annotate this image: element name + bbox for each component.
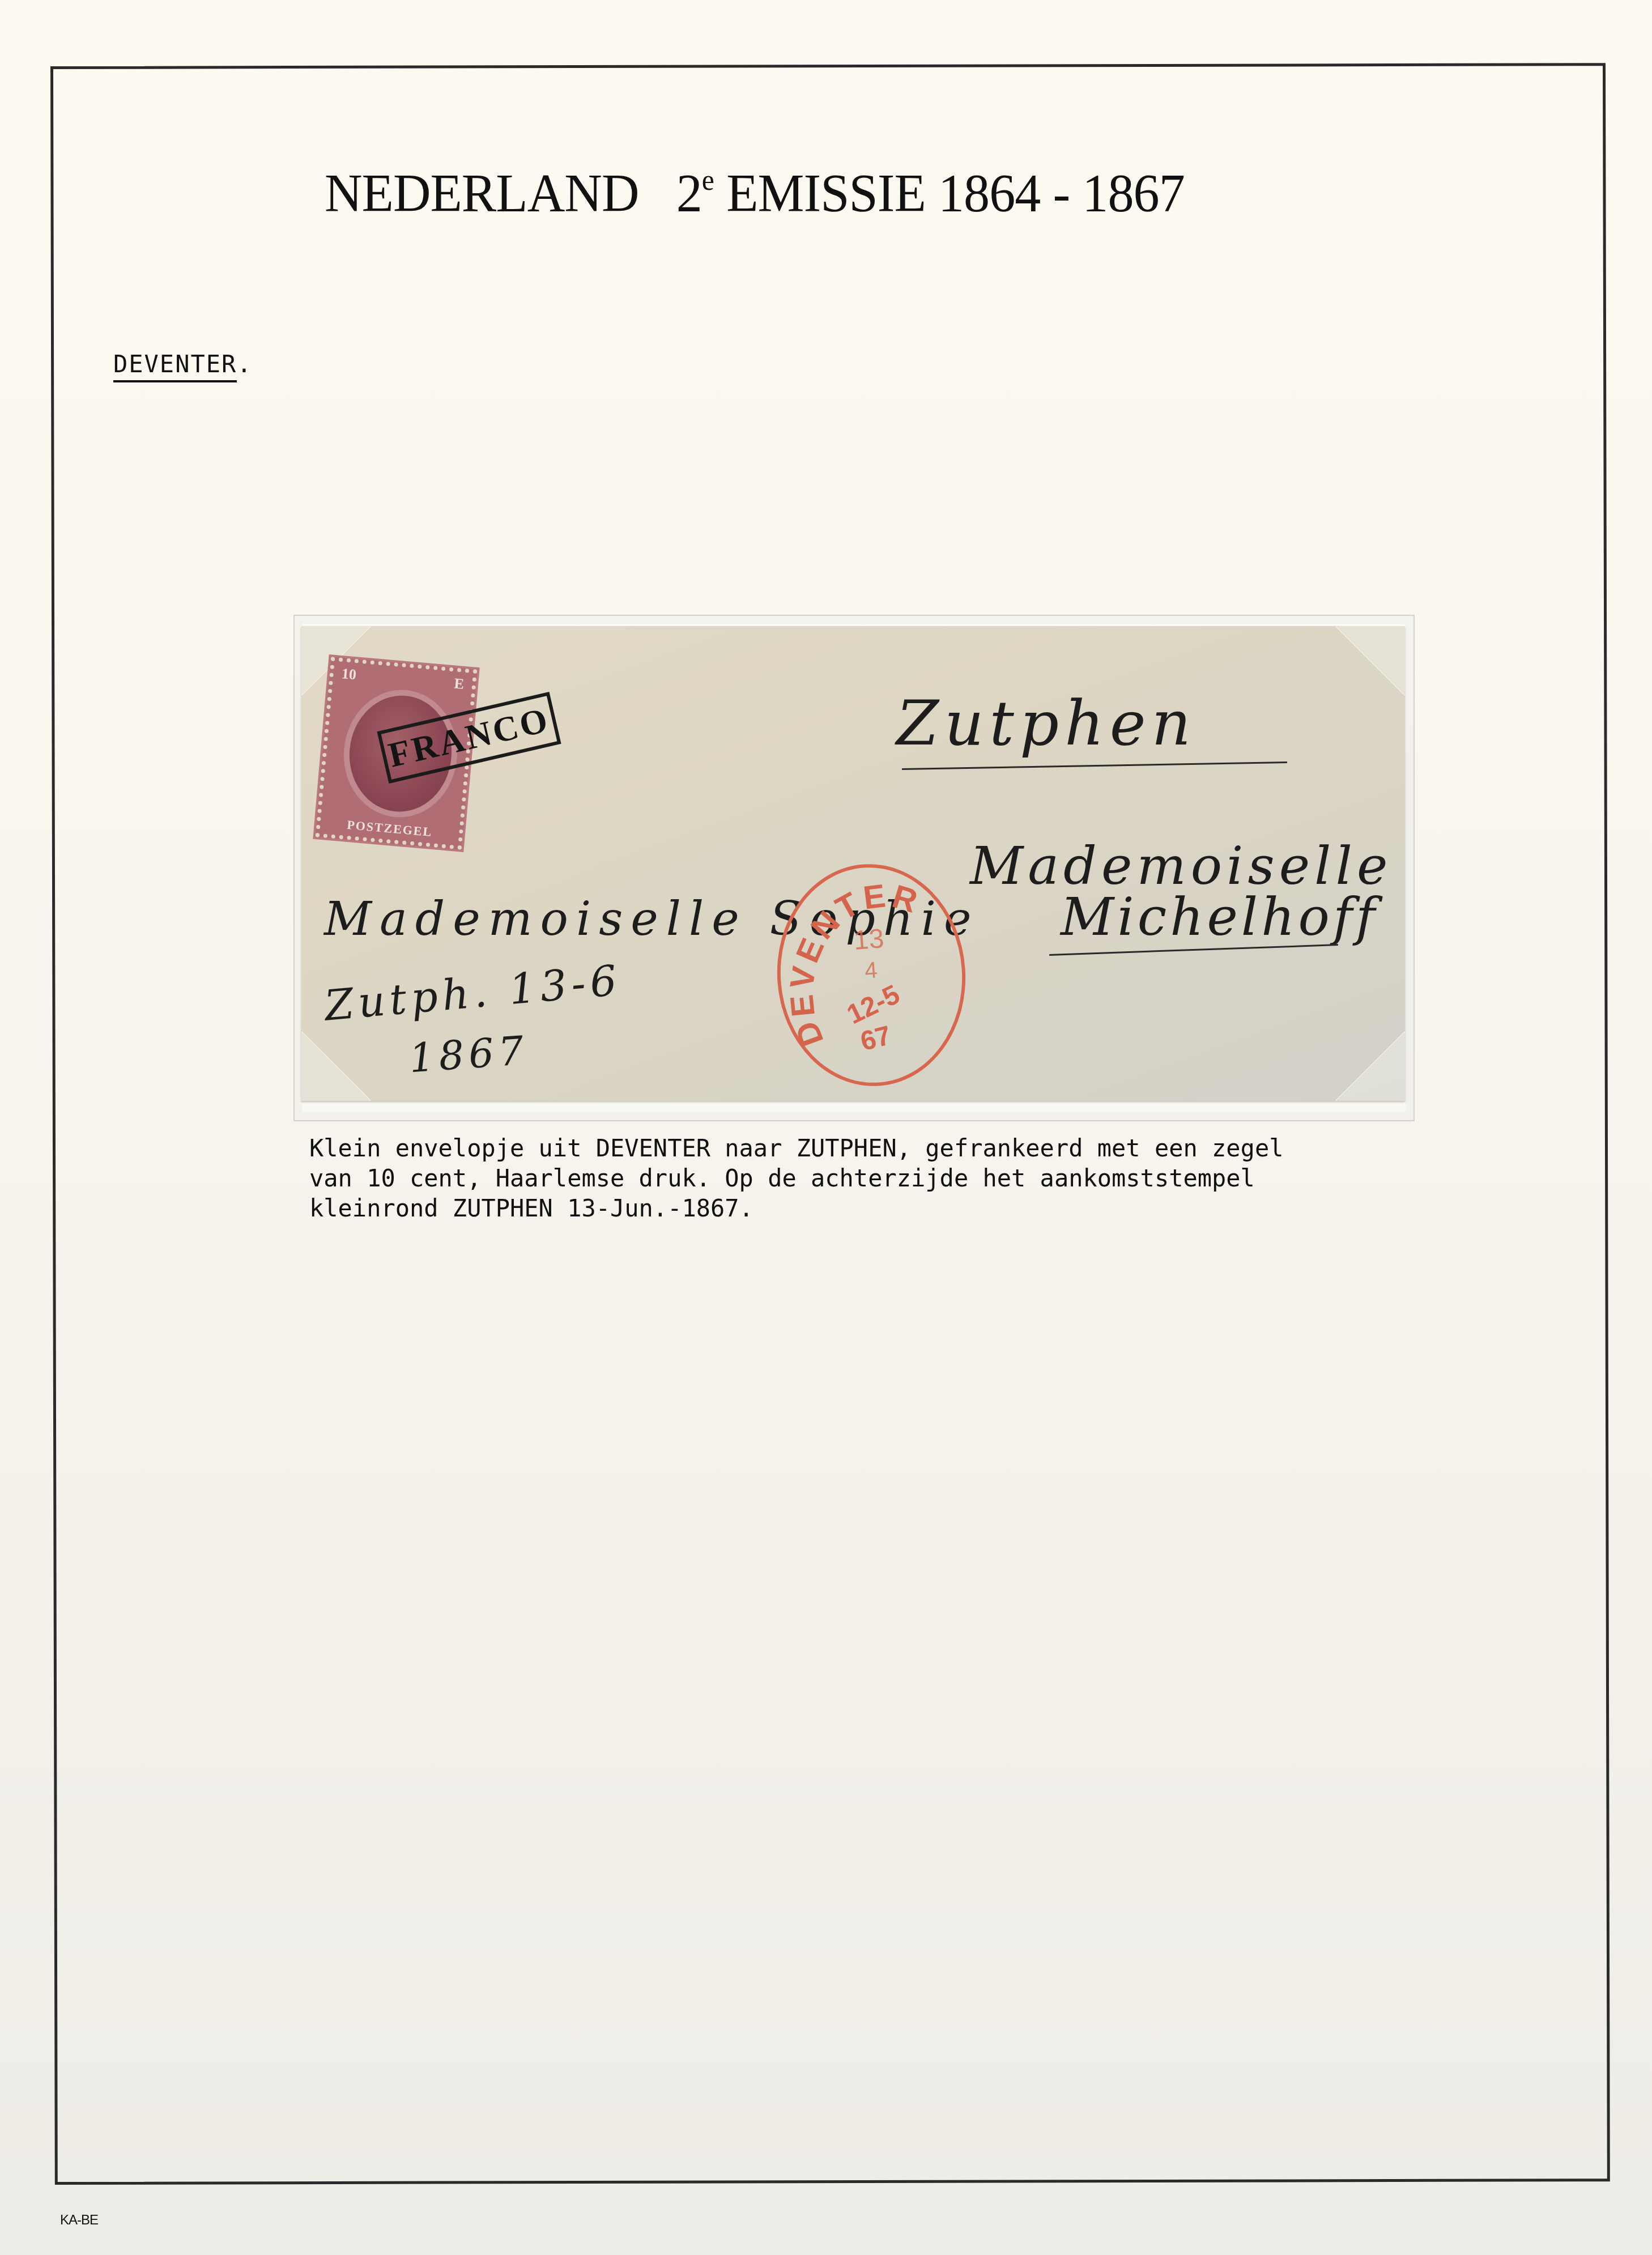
- stamp-value: 10: [341, 665, 357, 683]
- handwritten-docket-date: Zutph. 13-6: [322, 956, 623, 1030]
- page-title: NEDERLAND 2e EMISSIE 1864 - 1867: [325, 161, 1304, 224]
- deventer-postmark: DEVENTER 13 4 12-5 67: [770, 858, 973, 1092]
- cover-description: Klein envelopje uit DEVENTER naar ZUTPHE…: [309, 1133, 1476, 1223]
- title-country: NEDERLAND: [325, 163, 638, 223]
- stamp-inscription: POSTZEGEL: [320, 815, 459, 842]
- handwritten-addressee-surname: Michelhoff: [1061, 887, 1378, 947]
- page-border: [50, 63, 1610, 2185]
- underline-flourish: [902, 761, 1287, 770]
- handwritten-docket-year: 1867: [407, 1027, 529, 1082]
- title-issue: EMISSIE 1864 - 1867: [726, 163, 1185, 223]
- caption-line: van 10 cent, Haarlemse druk. Op de achte…: [309, 1163, 1476, 1193]
- section-heading-text: DEVENTER: [113, 350, 237, 382]
- mount-corner-tab: [301, 1031, 371, 1101]
- publisher-code: KA-BE: [60, 2213, 98, 2228]
- handwritten-destination: Zutphen: [896, 688, 1197, 759]
- mount-corner-tab: [1335, 1031, 1405, 1101]
- postal-cover: 10 E POSTZEGEL FRANCO Zutphen Mademoisel…: [301, 626, 1405, 1101]
- mount-corner-tab: [1335, 626, 1405, 696]
- section-heading-punct: .: [237, 350, 252, 378]
- stamp-value-right: E: [453, 675, 465, 693]
- section-heading: DEVENTER.: [113, 350, 253, 378]
- title-superscript: e: [702, 164, 714, 197]
- caption-line: Klein envelopje uit DEVENTER naar ZUTPHE…: [309, 1133, 1476, 1163]
- title-issue-number: 2: [676, 163, 702, 223]
- caption-line: kleinrond ZUTPHEN 13-Jun.-1867.: [309, 1193, 1476, 1223]
